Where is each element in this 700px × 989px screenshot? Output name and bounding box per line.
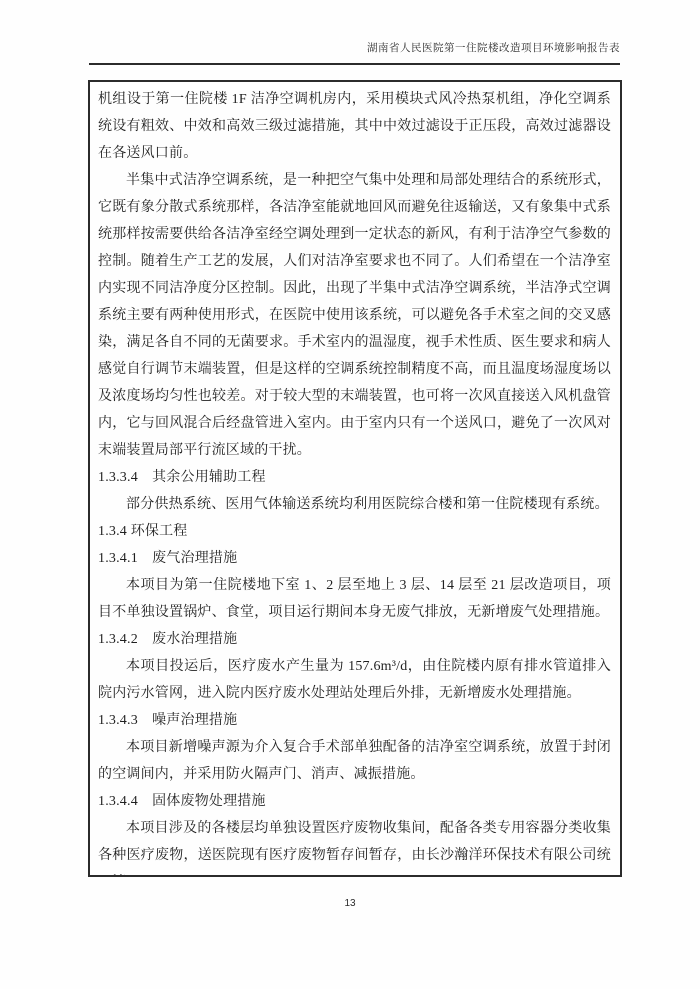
paragraph: 本项目为第一住院楼地下室 1、2 层至地上 3 层、14 层至 21 层改造项目…: [98, 572, 611, 626]
paragraph: 机组设于第一住院楼 1F 洁净空调机房内，采用模块式风冷热泵机组，净化空调系统设…: [98, 86, 611, 167]
paragraph: 本项目投运后，医疗废水产生量为 157.6m³/d，由住院楼内原有排水管道排入院…: [98, 653, 611, 707]
section-heading: 1.3.4.3 噪声治理措施: [98, 707, 611, 734]
section-heading: 1.3.4.4 固体废物处理措施: [98, 788, 611, 815]
document-body: 机组设于第一住院楼 1F 洁净空调机房内，采用模块式风冷热泵机组，净化空调系统设…: [98, 86, 611, 877]
header-title: 湖南省人民医院第一住院楼改造项目环境影响报告表: [89, 40, 620, 55]
section-heading: 1.3.4.1 废气治理措施: [98, 545, 611, 572]
paragraph: 部分供热系统、医用气体输送系统均利用医院综合楼和第一住院楼现有系统。: [98, 491, 611, 518]
section-heading: 1.3.4 环保工程: [98, 518, 611, 545]
page-number: 13: [0, 898, 700, 909]
paragraph: 本项目新增噪声源为介入复合手术部单独配备的洁净室空调系统，放置于封闭的空调间内，…: [98, 734, 611, 788]
section-heading: 1.3.3.4 其余公用辅助工程: [98, 464, 611, 491]
content-box: 机组设于第一住院楼 1F 洁净空调机房内，采用模块式风冷热泵机组，净化空调系统设…: [88, 80, 622, 877]
document-page: 湖南省人民医院第一住院楼改造项目环境影响报告表 机组设于第一住院楼 1F 洁净空…: [0, 0, 700, 989]
paragraph: 本项目涉及的各楼层均单独设置医疗废物收集间，配备各类专用容器分类收集各种医疗废物…: [98, 815, 611, 877]
section-heading: 1.3.4.2 废水治理措施: [98, 626, 611, 653]
paragraph: 半集中式洁净空调系统，是一种把空气集中处理和局部处理结合的系统形式，它既有象分散…: [98, 167, 611, 464]
header-rule: [89, 63, 620, 65]
